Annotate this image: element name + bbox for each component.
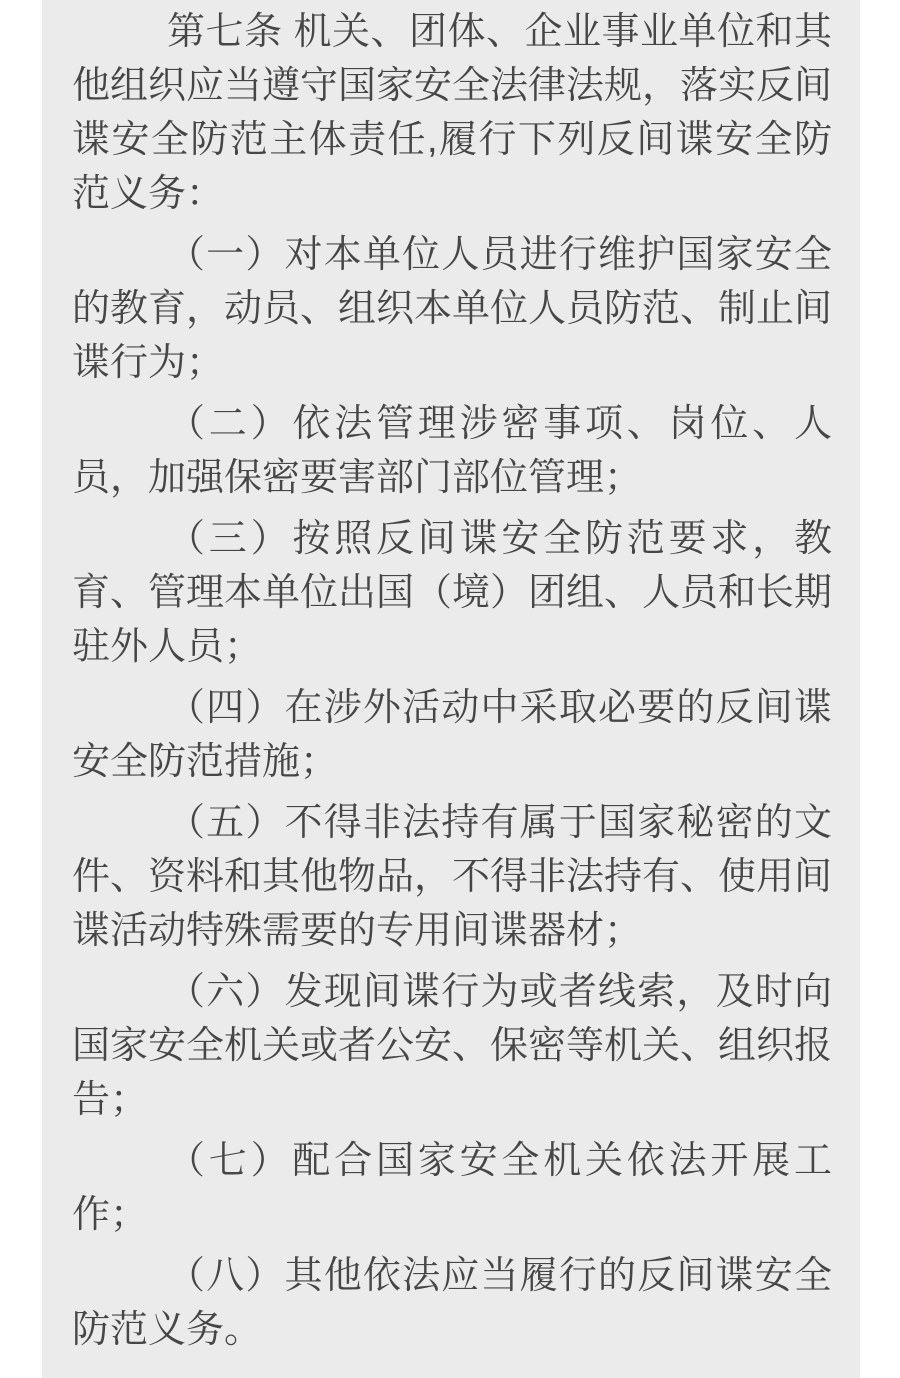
law-article-7-clause-2: （二）依法管理涉密事项、岗位、人员，加强保密要害部门部位管理； — [72, 397, 832, 505]
law-article-7-clause-5: （五）不得非法持有属于国家秘密的文件、资料和其他物品，不得非法持有、使用间谍活动… — [72, 796, 832, 958]
law-article-7-intro: 第七条 机关、团体、企业事业单位和其他组织应当遵守国家安全法律法规，落实反间谍安… — [72, 5, 832, 221]
law-article-7-clause-3: （三）按照反间谍安全防范要求，教育、管理本单位出国（境）团组、人员和长期驻外人员… — [72, 512, 832, 674]
law-article-7-clause-8: （八）其他依法应当履行的反间谍安全防范义务。 — [72, 1249, 832, 1357]
article-body: 第七条 机关、团体、企业事业单位和其他组织应当遵守国家安全法律法规，落实反间谍安… — [42, 0, 860, 1378]
law-article-7-clause-6: （六）发现间谍行为或者线索，及时向国家安全机关或者公安、保密等机关、组织报告； — [72, 965, 832, 1127]
law-article-7-clause-4: （四）在涉外活动中采取必要的反间谍安全防范措施； — [72, 681, 832, 789]
law-article-7-clause-7: （七）配合国家安全机关依法开展工作； — [72, 1134, 832, 1242]
law-article-7-clause-1: （一）对本单位人员进行维护国家安全的教育，动员、组织本单位人员防范、制止间谍行为… — [72, 228, 832, 390]
document-page: 第七条 机关、团体、企业事业单位和其他组织应当遵守国家安全法律法规，落实反间谍安… — [0, 0, 900, 1378]
